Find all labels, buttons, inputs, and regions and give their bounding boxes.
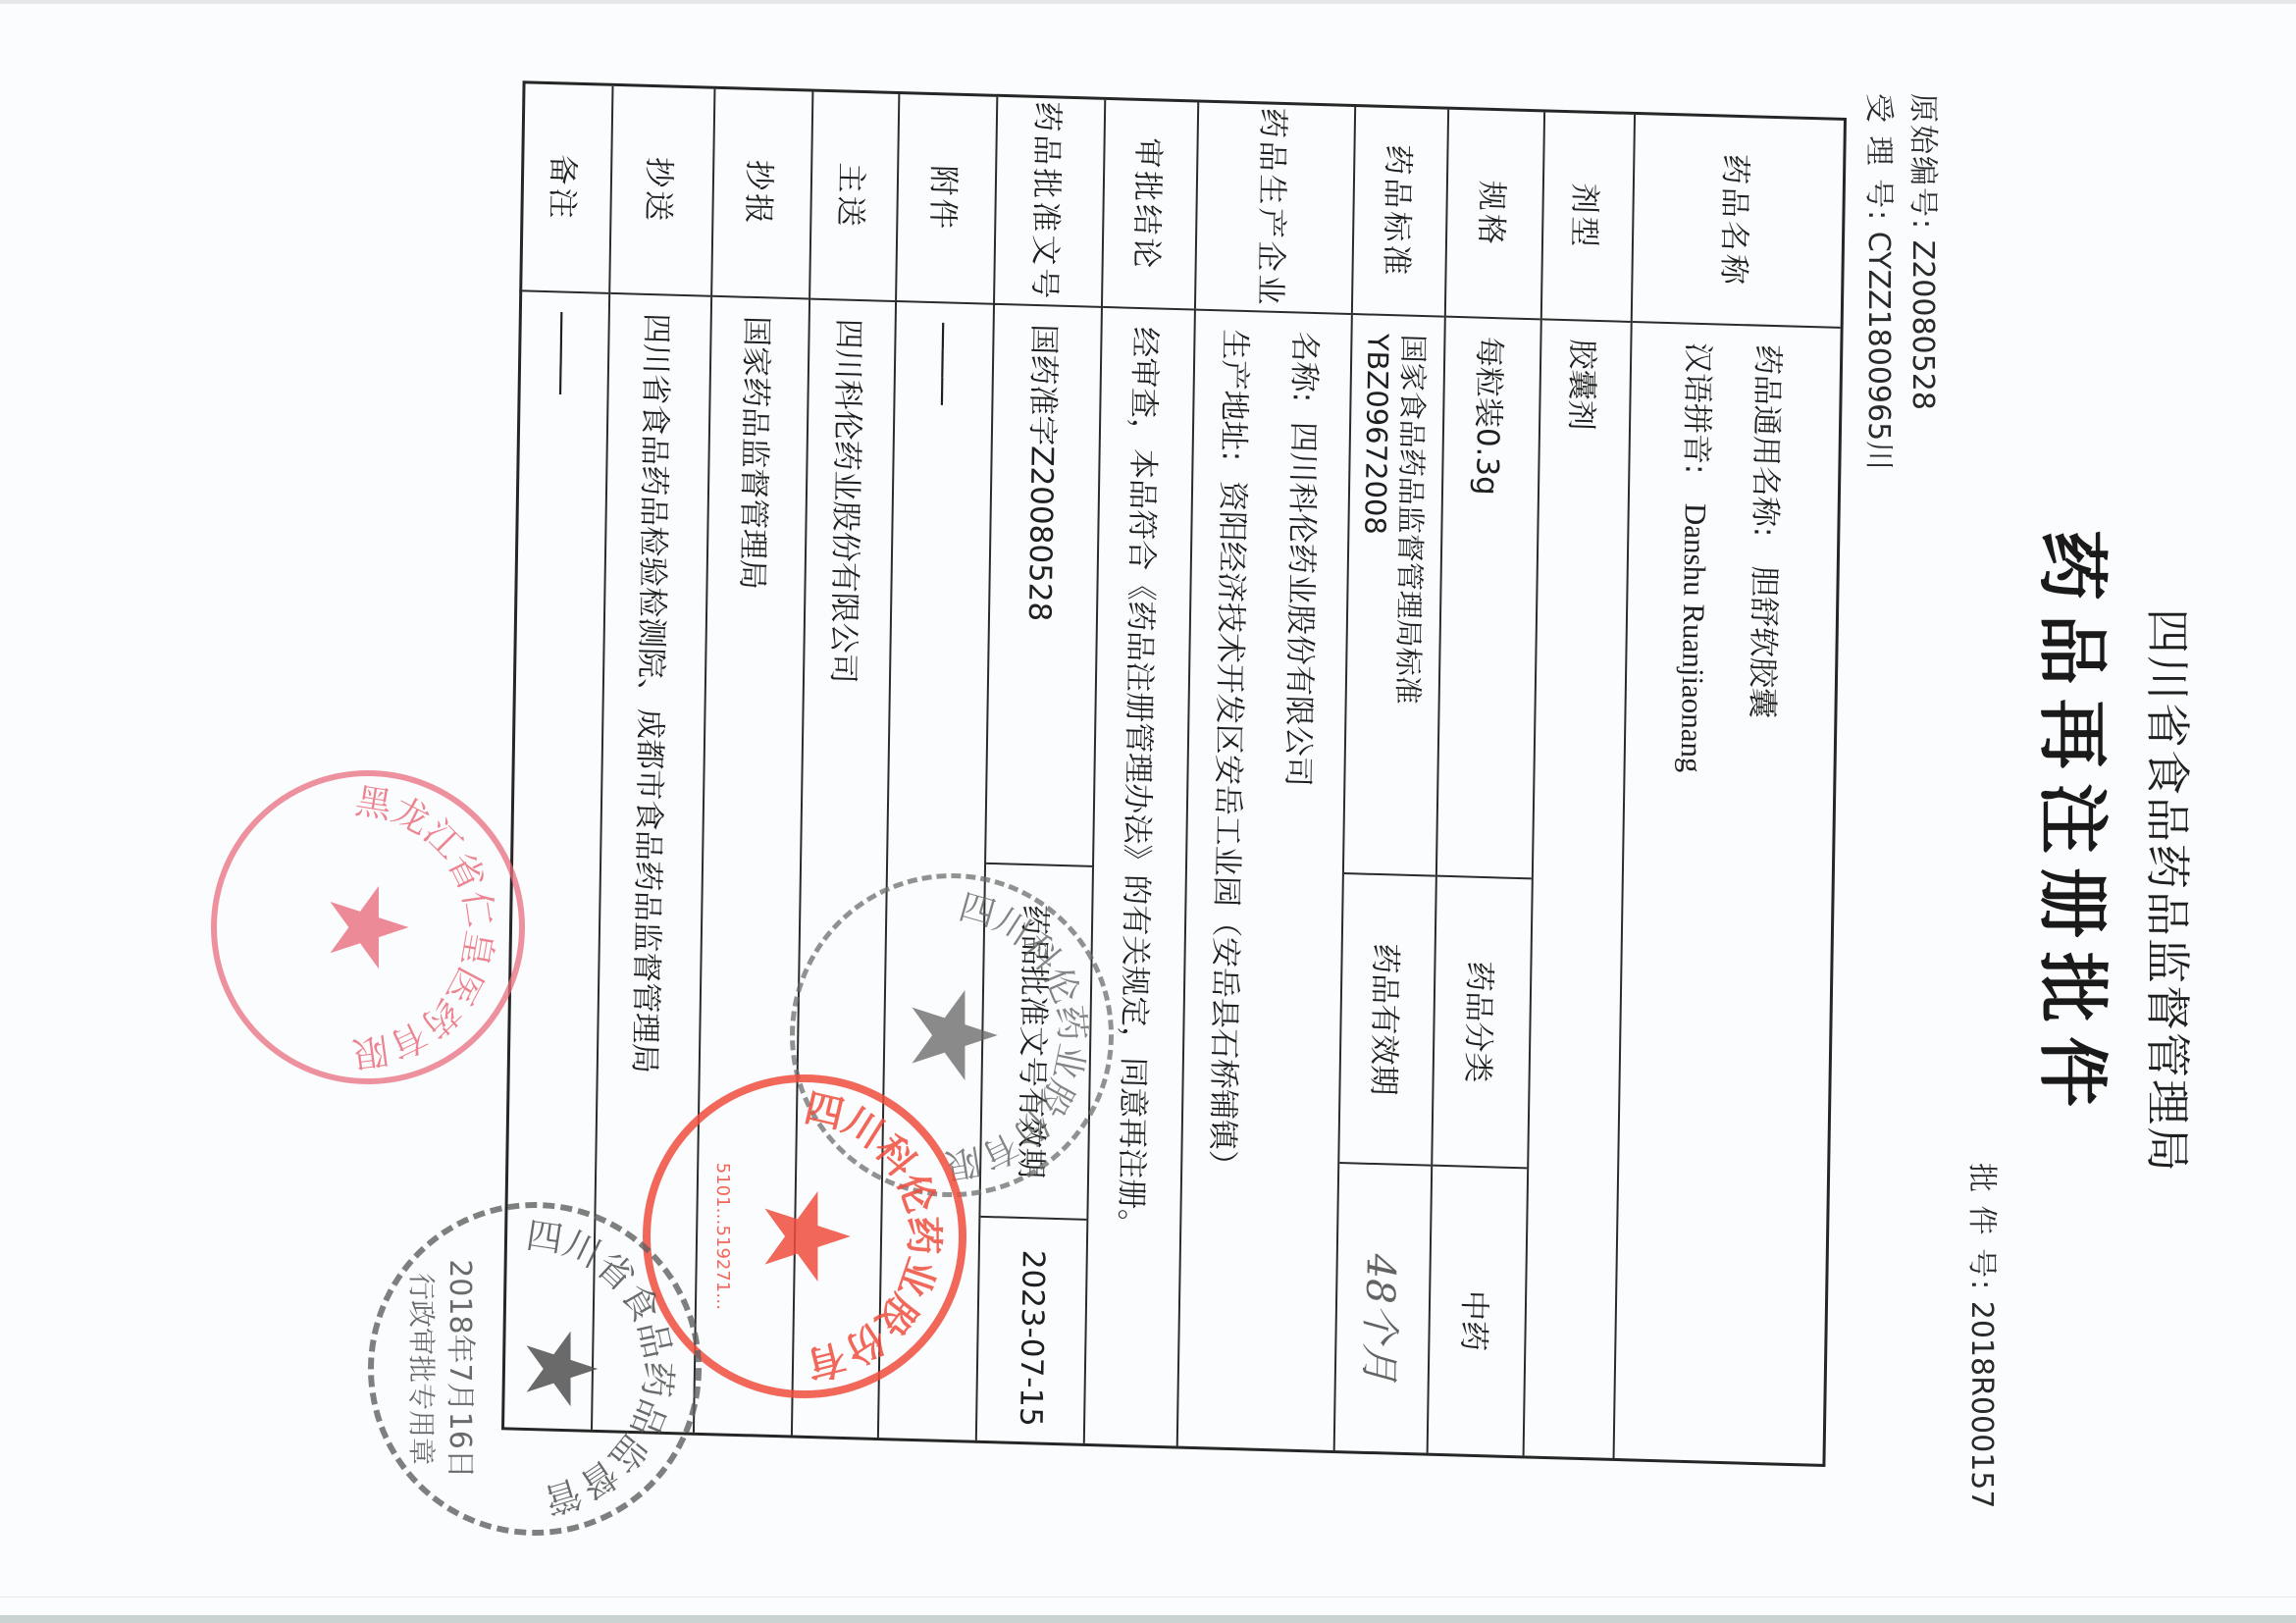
acceptance-number-label: 受 理 号: <box>1861 93 1896 222</box>
seal-date: 2018年7月16日 <box>442 1208 485 1530</box>
value-drug-category: 中药 <box>1429 1165 1528 1456</box>
manufacturer-address-line: 生产地址: 资阳经济技术开发区安岳工业园（安岳县石桥铺镇） <box>1203 329 1261 1180</box>
original-number-value: Z20080528 <box>1905 240 1940 410</box>
original-number-line: 原始编号: Z20080528 <box>1905 93 1948 410</box>
certificate-document: 四川省食品药品监督管理局 药品再注册批件 批 件 号: 2018R000157 … <box>0 0 2296 1623</box>
document-title: 药品再注册批件 <box>2027 530 2129 1121</box>
acceptance-number-line: 受 理 号: CYZZ1800965川 <box>1860 93 1904 470</box>
value-validity: 48个月 <box>1335 1162 1432 1453</box>
label-attachment: 附件 <box>897 94 996 305</box>
row-drug-name: 药品名称 药品通用名称: 胆舒软胶囊 汉语拼音: Danshu Ruanjiao… <box>1615 115 1844 1464</box>
manufacturer-name-label: 名称: <box>1285 331 1322 402</box>
manufacturer-name-line: 名称: 四川科伦药业股份有限公司 <box>1278 331 1330 787</box>
value-specification: 每粒装0.3g <box>1437 318 1540 872</box>
star-icon: ★ <box>893 982 1011 1088</box>
star-icon: ★ <box>746 1183 863 1289</box>
label-drug-name: 药品名称 <box>1633 115 1844 329</box>
approval-number-value: 2018R000157 <box>1964 1301 1999 1509</box>
value-drug-name: 药品通用名称: 胆舒软胶囊 汉语拼音: Danshu Ruanjiaonang <box>1615 323 1841 1464</box>
label-remarks: 备注 <box>519 83 611 294</box>
issuing-agency: 四川省食品药品监督管理局 <box>2138 608 2203 1174</box>
row-manufacturer: 药品生产企业 名称: 四川科伦药业股份有限公司 生产地址: 资阳经济技术开发区安… <box>1178 103 1356 1450</box>
label-drug-category: 药品分类 <box>1433 875 1532 1168</box>
original-number-label: 原始编号: <box>1905 93 1940 231</box>
generic-name-value: 胆舒软胶囊 <box>1744 565 1781 718</box>
acceptance-number-value: CYZZ1800965川 <box>1861 232 1896 470</box>
seal-number: 5101…519271… <box>712 1082 733 1390</box>
pinyin-value: Danshu Ruanjiaonang <box>1675 502 1713 773</box>
label-validity: 药品有效期 <box>1339 872 1435 1165</box>
pinyin-line: 汉语拼音: Danshu Ruanjiaonang <box>1673 341 1724 773</box>
value-manufacturer: 名称: 四川科伦药业股份有限公司 生产地址: 资阳经济技术开发区安岳工业园（安岳… <box>1178 311 1351 1450</box>
value-approval-validity: 2023-07-15 <box>977 1216 1087 1443</box>
approval-number-label: 批 件 号: <box>1964 1163 1999 1291</box>
label-manufacturer: 药品生产企业 <box>1196 103 1354 315</box>
label-cc: 抄送 <box>610 86 713 297</box>
pinyin-label: 汉语拼音: <box>1678 341 1715 474</box>
label-dosage-form: 剂型 <box>1542 112 1634 323</box>
row-approval-number: 药品批准文号 国药准字Z20080528 药品批准文号有效期 2023-07-1… <box>977 97 1106 1443</box>
label-standard: 药品标准 <box>1353 107 1447 318</box>
value-dosage-form: 胶囊剂 <box>1525 320 1631 1458</box>
label-report-to: 抄报 <box>712 89 811 300</box>
generic-name-label: 药品通用名称: <box>1747 343 1785 537</box>
manufacturer-address-label: 生产地址: <box>1216 329 1253 461</box>
value-conclusion: 经审查，本品符合《药品注册管理办法》的有关规定，同意再注册。 <box>1085 308 1194 1446</box>
generic-name-line: 药品通用名称: 胆舒软胶囊 <box>1743 343 1793 718</box>
manufacturer-address-value: 资阳经济技术开发区安岳工业园（安岳县石桥铺镇） <box>1204 480 1250 1180</box>
label-conclusion: 审批结论 <box>1103 100 1197 311</box>
approval-number-line: 批 件 号: 2018R000157 <box>1963 1163 2007 1508</box>
pink-seal: 黑龙江省仁皇医药有限公司 ★ <box>211 770 525 1084</box>
value-standard: 国家食品药品监督管理局标准YBZ09672008 <box>1344 315 1444 869</box>
star-icon: ★ <box>314 879 422 976</box>
star-icon: ★ <box>511 1325 609 1413</box>
label-approval-number: 药品批准文号 <box>995 97 1104 308</box>
manufacturer-name-value: 四川科伦药业股份有限公司 <box>1279 421 1321 787</box>
value-approval-number: 国药准字Z20080528 <box>986 305 1101 860</box>
seal-bottom-text: 行政审批专用章 <box>403 1208 443 1530</box>
handwritten-validity: 48个月 <box>1354 1253 1412 1383</box>
label-specification: 规格 <box>1446 110 1543 321</box>
agency-approval-seal: 四川省食品药品监督管理局 ★ 2018年7月16日 行政审批专用章 <box>368 1202 702 1536</box>
label-main-recipient: 主送 <box>810 92 898 302</box>
